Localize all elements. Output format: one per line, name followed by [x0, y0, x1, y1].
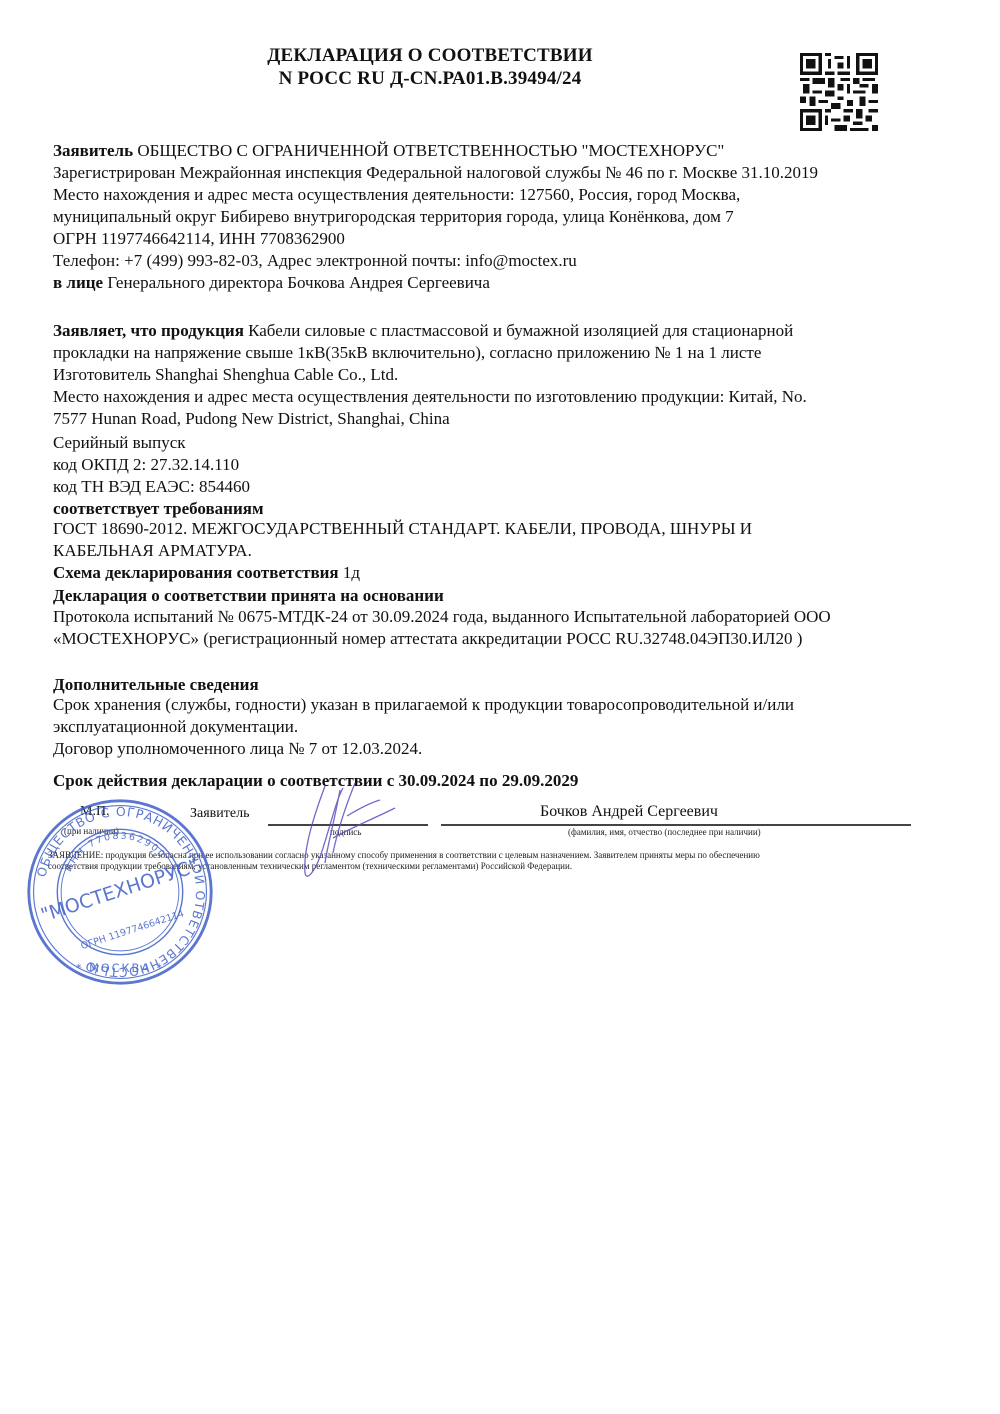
applicant-address-1: Место нахождения и адрес места осуществл… [53, 184, 740, 206]
title-line-1: ДЕКЛАРАЦИЯ О СООТВЕТСТВИИ [0, 44, 860, 67]
manufacturer-address-2: 7577 Hunan Road, Pudong New District, Sh… [53, 408, 450, 430]
tnved-code: код ТН ВЭД ЕАЭС: 854460 [53, 476, 250, 498]
applicant-address-2: муниципальный округ Бибирево внутригород… [53, 206, 734, 228]
additional-line-2: эксплуатационной документации. [53, 716, 298, 738]
page-title: ДЕКЛАРАЦИЯ О СООТВЕТСТВИИ N РОСС RU Д-CN… [0, 44, 860, 90]
product-label: Заявляет, что продукция [53, 321, 244, 340]
applicant-person-line: в лице Генерального директора Бочкова Ан… [53, 272, 490, 294]
scheme-line: Схема декларирования соответствия 1д [53, 562, 360, 584]
person-label: в лице [53, 273, 103, 292]
additional-line-3: Договор уполномоченного лица № 7 от 12.0… [53, 738, 422, 760]
svg-text:ИНН 7708362900: ИНН 7708362900 [63, 831, 168, 874]
company-stamp-icon: ОБЩЕСТВО С ОГРАНИЧЕННОЙ ОТВЕТСТВЕННОСТЬЮ… [25, 797, 215, 987]
person-name: Генерального директора Бочкова Андрея Се… [107, 273, 490, 292]
scheme-label: Схема декларирования соответствия [53, 563, 339, 582]
handwritten-signature-icon [285, 778, 405, 888]
requirements-line-1: ГОСТ 18690-2012. МЕЖГОСУДАРСТВЕННЫЙ СТАН… [53, 518, 752, 540]
applicant-label: Заявитель [53, 141, 133, 160]
release-type: Серийный выпуск [53, 432, 186, 454]
qr-code-icon [800, 53, 878, 131]
applicant-contacts: Телефон: +7 (499) 993-82-03, Адрес элект… [53, 250, 577, 272]
svg-text:* МОСКВА *: * МОСКВА * [76, 961, 164, 975]
basis-line-2: «МОСТЕХНОРУС» (регистрационный номер атт… [53, 628, 802, 650]
additional-label: Дополнительные сведения [53, 674, 259, 696]
product-desc-2: прокладки на напряжение свыше 1кВ(35кВ в… [53, 342, 761, 364]
name-line [441, 824, 911, 826]
applicant-name: ОБЩЕСТВО С ОГРАНИЧЕННОЙ ОТВЕТСТВЕННОСТЬЮ… [137, 141, 724, 160]
basis-label: Декларация о соответствии принята на осн… [53, 585, 444, 607]
product-desc-1: Кабели силовые с пластмассовой и бумажно… [248, 321, 793, 340]
basis-line-1: Протокола испытаний № 0675-МТДК-24 от 30… [53, 606, 831, 628]
product-line-1: Заявляет, что продукция Кабели силовые с… [53, 320, 793, 342]
manufacturer-address-1: Место нахождения и адрес места осуществл… [53, 386, 807, 408]
additional-line-1: Срок хранения (службы, годности) указан … [53, 694, 794, 716]
signer-name: Бочков Андрей Сергеевич [540, 801, 718, 823]
requirements-line-2: КАБЕЛЬНАЯ АРМАТУРА. [53, 540, 252, 562]
applicant-line: Заявитель ОБЩЕСТВО С ОГРАНИЧЕННОЙ ОТВЕТС… [53, 140, 724, 162]
manufacturer: Изготовитель Shanghai Shenghua Cable Co.… [53, 364, 398, 386]
applicant-ids: ОГРН 1197746642114, ИНН 7708362900 [53, 228, 345, 250]
scheme-value: 1д [343, 563, 360, 582]
requirements-label: соответствует требованиям [53, 498, 264, 520]
okpd-code: код ОКПД 2: 27.32.14.110 [53, 454, 239, 476]
name-caption: (фамилия, имя, отчество (последнее при н… [568, 827, 761, 837]
declaration-number: N РОСС RU Д-CN.РА01.В.39494/24 [0, 67, 860, 90]
applicant-registration: Зарегистрирован Межрайонная инспекция Фе… [53, 162, 818, 184]
